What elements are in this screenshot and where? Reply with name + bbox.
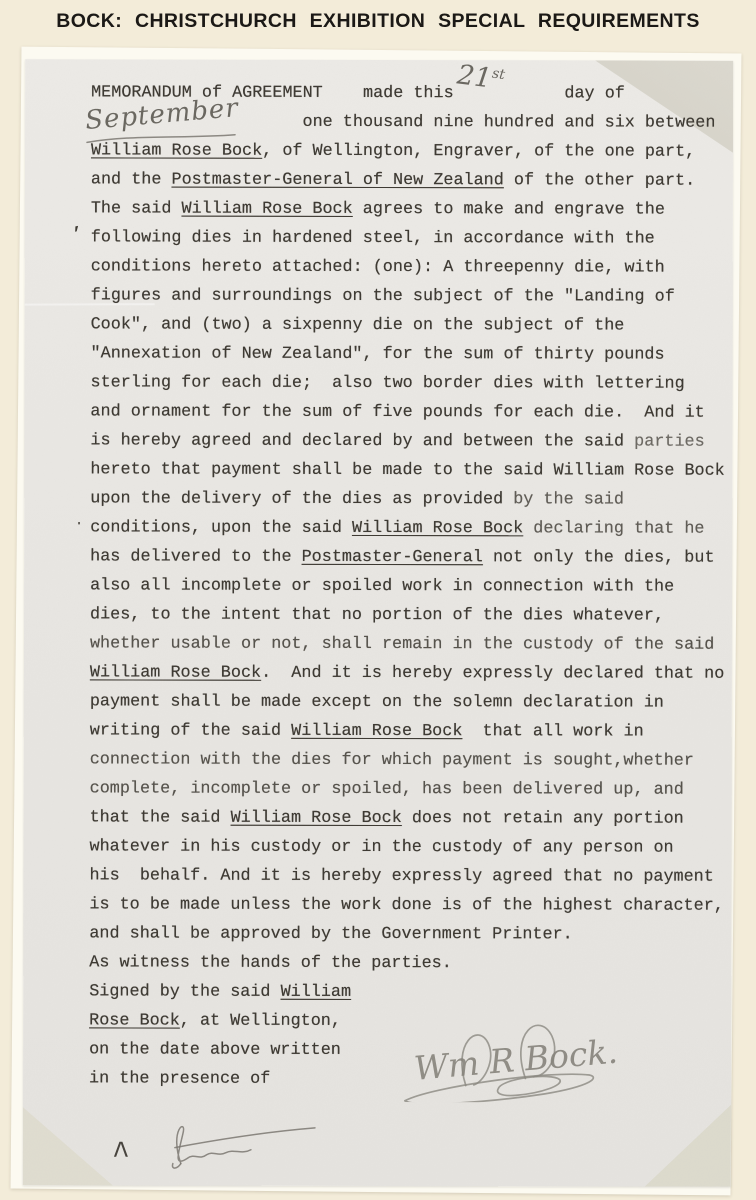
typed-line: dies, to the intent that no portion of t… [90,600,725,630]
typed-segment: his behalf. And it is hereby expressly a… [89,866,713,886]
typed-segment: and the [91,170,172,189]
typed-segment: William Rose Bock [90,663,261,682]
typed-segment: , of Wellington, Engraver, of the one pa… [262,142,695,162]
typed-line: also all incomplete or spoiled work in c… [90,571,725,601]
typed-segment: also all incomplete or spoiled work in c… [90,576,674,596]
typed-segment: is to be made unless the work done is of… [89,895,723,915]
typed-line: Signed by the said William [89,977,724,1007]
typed-line: conditions, upon the said William Rose B… [90,513,725,543]
typed-line: following dies in hardened steel, in acc… [91,223,726,253]
typed-line: connection with the dies for which payme… [90,745,725,775]
typed-segment: sterling for each die; also two border d… [90,373,684,393]
typed-segment: William Rose Bock [231,809,402,828]
typed-line: in the presence of [89,1064,724,1094]
typed-segment: parties [634,433,705,452]
typed-line: and shall be approved by the Government … [89,919,724,949]
typed-segment: and ornament for the sum of five pounds … [90,402,704,422]
document-photo: MEMORANDUM of AGREEMENT made this day of… [23,59,733,1186]
typed-line: on the date above written [89,1035,724,1065]
typed-line: Rose Bock, at Wellington, [89,1006,724,1036]
typed-segment: "Annexation of New Zealand", for the sum… [91,344,665,364]
photo-mount-corner-bottom-right-icon [645,1105,731,1187]
typed-segment: does not retain any portion [402,809,684,829]
typed-segment: whatever in his custody or in the custod… [90,837,674,857]
witness-signature [145,1114,323,1174]
typed-segment: conditions hereto attached: (one): A thr… [91,257,665,277]
typed-segment: has delivered to the [90,547,302,566]
typed-segment: William Rose Bock [352,519,523,538]
typed-segment: Cook", and (two) a sixpenny die on the s… [91,315,625,335]
typed-line: has delivered to the Postmaster-General … [90,542,725,572]
typed-segment: figures and surroundings on the subject … [91,286,675,306]
typed-segment: . And it is hereby expressly declared th… [261,664,724,684]
typed-segment: writing of the said [90,721,291,740]
typed-segment: William [281,983,352,1002]
typed-line: whatever in his custody or in the custod… [90,832,725,862]
typed-line: that the said William Rose Bock does not… [90,803,725,833]
typed-line: is hereby agreed and declared by and bet… [90,426,725,456]
typed-line: sterling for each die; also two border d… [90,368,725,398]
typed-segment: following dies in hardened steel, in acc… [91,228,655,248]
typed-segment: The said [91,199,182,218]
stray-apostrophe-mark: ’ [71,225,85,246]
typed-segment: William Rose Bock [91,141,262,160]
handwritten-day-ordinal: st [491,66,506,83]
typed-segment: whether usable or not, shall remain in t… [90,634,714,654]
typed-line: his behalf. And it is hereby expressly a… [89,861,724,891]
typed-line: figures and surroundings on the subject … [91,281,726,311]
stray-dot-mark: . [74,511,84,529]
typed-line: hereto that payment shall be made to the… [90,455,725,485]
typed-line: whether usable or not, shall remain in t… [90,629,725,659]
typed-line: The said William Rose Bock agrees to mak… [91,194,726,224]
typed-segment: declaring that he [523,519,704,538]
typed-line: conditions hereto attached: (one): A thr… [91,252,726,282]
typed-segment: As witness the hands of the parties. [89,953,452,973]
typed-line: writing of the said William Rose Bock th… [90,716,725,746]
typed-line: and ornament for the sum of five pounds … [90,397,725,427]
typed-segment: connection with the dies for which payme… [90,750,694,770]
typed-segment: William Rose Bock [291,722,462,741]
typed-segment: on the date above written [89,1040,341,1060]
typed-line: William Rose Bock. And it is hereby expr… [90,658,725,688]
typed-line: "Annexation of New Zealand", for the sum… [91,339,726,369]
typed-segment: Postmaster-General of New Zealand [171,171,503,191]
typed-line: payment shall be made except on the sole… [90,687,725,717]
typed-segment: Rose Bock [89,1011,180,1030]
typed-line: As witness the hands of the parties. [89,948,724,978]
typed-segment: of the other part. [504,171,695,190]
typed-segment: payment shall be made except on the sole… [90,692,664,712]
typed-line: is to be made unless the work done is of… [89,890,724,920]
typed-segment: complete, incomplete or spoiled, has bee… [90,779,684,799]
typed-segment: and shall be approved by the Government … [89,924,572,944]
typed-segment: upon the delivery of the dies as provide… [90,489,513,509]
typed-segment: that the said [90,808,231,827]
typed-segment: is hereby agreed and declared by and bet… [90,431,634,451]
typed-segment: Signed by the said [89,982,280,1001]
typed-segment: not only the dies, but [483,548,715,567]
typed-segment: agrees to make and engrave the [353,200,665,220]
typed-segment: dies, to the intent that no portion of t… [90,605,664,625]
typed-segment: in the presence of [89,1069,270,1088]
photo-mount-corner-bottom-left-icon [23,1107,113,1185]
handwritten-day-number: 21 [455,59,493,94]
caret-mark: ^ [112,1138,130,1176]
typed-line: William Rose Bock, of Wellington, Engrav… [91,136,726,166]
typed-segment: William Rose Bock [181,200,352,219]
typed-segment: conditions, upon the said [90,518,352,538]
typed-segment: by the said [513,490,624,509]
typed-line: and the Postmaster-General of New Zealan… [91,165,726,195]
typed-segment: , at Wellington, [180,1012,341,1031]
scan-page: BOCK: CHRISTCHURCH EXHIBITION SPECIAL RE… [0,0,756,1200]
typed-line: complete, incomplete or spoiled, has bee… [90,774,725,804]
typed-line: Cook", and (two) a sixpenny die on the s… [91,310,726,340]
typed-segment: that all work in [462,722,643,741]
typed-segment: hereto that payment shall be made to the… [90,460,724,480]
typed-document-text: MEMORANDUM of AGREEMENT made this day of… [89,78,726,1094]
typed-line: upon the delivery of the dies as provide… [90,484,725,514]
handwritten-day: 21st [455,59,506,96]
page-title: BOCK: CHRISTCHURCH EXHIBITION SPECIAL RE… [0,10,756,33]
typed-segment: Postmaster-General [302,548,483,567]
